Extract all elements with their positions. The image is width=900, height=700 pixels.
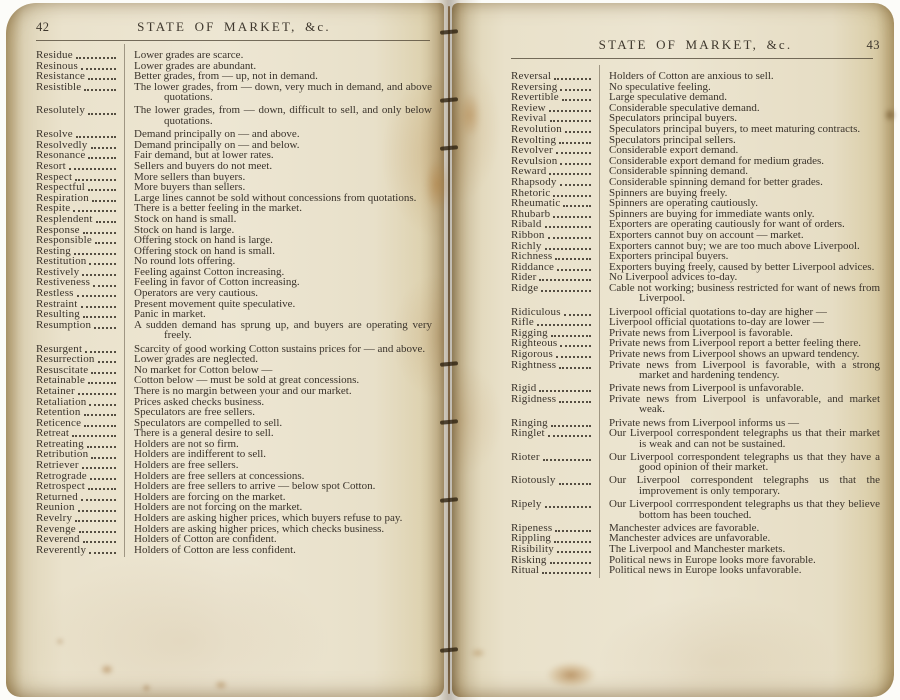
dot-leader: [88, 382, 116, 384]
code-entry-row: Ribbon Exporters cannot buy on account —…: [511, 230, 880, 241]
dot-leader: [88, 488, 116, 490]
header-rule-right: [511, 58, 873, 59]
dot-leader: [565, 131, 591, 133]
dot-leader: [550, 562, 591, 564]
code-definition: Private news from Liverpool shows an upw…: [609, 349, 880, 360]
code-word-cell: Ribbon: [511, 230, 595, 241]
dot-leader: [545, 506, 591, 508]
dot-leader: [556, 152, 591, 154]
dot-leader: [76, 136, 116, 138]
dot-leader: [69, 168, 116, 170]
dot-leader: [91, 372, 116, 374]
code-entry-row: Resolutely The lower grades, from — down…: [36, 105, 432, 126]
dot-leader: [560, 163, 591, 165]
code-definition: Sellers and buyers do not meet.: [134, 161, 432, 172]
code-word: Ridge: [511, 283, 538, 294]
code-definition: Cable not working; business restricted f…: [609, 283, 880, 304]
code-entry-row: Ripely Our Liverpool corrrespondent tele…: [511, 499, 880, 520]
dot-leader: [93, 285, 116, 287]
running-title-right: STATE OF MARKET, &c.: [557, 37, 834, 53]
code-definition: Our Liverpool corrrespondent telegraphs …: [609, 499, 880, 520]
dot-leader: [89, 552, 116, 554]
code-word: Retainer: [36, 386, 75, 397]
code-entry-row: Resumption A sudden demand has sprung up…: [36, 320, 432, 341]
code-definition: Our Liverpool correspondent telegraphs u…: [609, 428, 880, 449]
code-definition: Holders of Cotton are anxious to sell.: [609, 71, 880, 82]
code-word: Rhapsody: [511, 177, 557, 188]
dot-leader: [84, 414, 116, 416]
code-entry-row: Reverently Holders of Cotton are less co…: [36, 545, 432, 556]
code-word: Resistible: [36, 82, 81, 93]
dot-leader: [78, 510, 116, 512]
code-word: Residue: [36, 50, 73, 61]
code-definition: The lower grades, from — down, difficult…: [134, 105, 432, 126]
dot-leader: [554, 541, 591, 543]
code-word-cell: Revolution: [511, 124, 595, 135]
dot-leader: [98, 361, 116, 363]
dot-leader: [81, 68, 116, 70]
code-word: Ripely: [511, 499, 542, 510]
dot-leader: [553, 216, 591, 218]
dot-leader: [84, 425, 116, 427]
binding-thread: [448, 6, 450, 694]
code-word-cell: Resolutely: [36, 105, 120, 116]
code-word-cell: Residue: [36, 50, 120, 61]
dot-leader: [559, 367, 591, 369]
dot-leader: [87, 446, 116, 448]
dot-leader: [548, 237, 591, 239]
dot-leader: [542, 572, 591, 574]
code-definition: A sudden demand has sprung up, and buyer…: [134, 320, 432, 341]
header-rule-left: [36, 40, 430, 41]
code-word-cell: Rigidness: [511, 394, 595, 405]
code-word: Rigorous: [511, 349, 553, 360]
code-entry-row: Reversal Holders of Cotton are anxious t…: [511, 71, 880, 82]
code-definition: The lower grades, from — down, very much…: [134, 82, 432, 103]
code-definition: Considerable spinning demand for better …: [609, 177, 880, 188]
page-number-right: 43: [834, 38, 880, 53]
dot-leader: [560, 184, 591, 186]
dot-leader: [551, 425, 591, 427]
code-word-cell: Rigorous: [511, 349, 595, 360]
dot-leader: [75, 520, 116, 522]
dot-leader: [82, 467, 116, 469]
code-definition: Speculators principal buyers, to meet ma…: [609, 124, 880, 135]
dot-leader: [559, 483, 591, 485]
code-word: Resort: [36, 161, 66, 172]
dot-leader: [89, 404, 116, 406]
dot-leader: [557, 269, 591, 271]
dot-leader: [81, 499, 116, 501]
running-title-left: STATE OF MARKET, &c.: [82, 19, 386, 35]
dot-leader: [541, 290, 591, 292]
code-definition: Stock on hand is small.: [134, 214, 432, 225]
code-entry-row: Rhapsody Considerable spinning demand fo…: [511, 177, 880, 188]
dot-leader: [88, 189, 116, 191]
dot-leader: [555, 530, 591, 532]
code-entry-row: Resort Sellers and buyers do not meet.: [36, 161, 432, 172]
page-header-right: STATE OF MARKET, &c. 43: [511, 37, 880, 53]
dot-leader: [88, 113, 116, 115]
code-definition: Exporters cannot buy on account — market…: [609, 230, 880, 241]
code-word-cell: Riotously: [511, 475, 595, 486]
dot-leader: [562, 99, 591, 101]
code-word: Resumption: [36, 320, 91, 331]
code-entry-row: Riotously Our Liverpool correspondent te…: [511, 475, 880, 496]
dot-leader: [543, 459, 591, 461]
code-word: Rioter: [511, 452, 540, 463]
dot-leader: [76, 57, 116, 59]
dot-leader: [91, 457, 116, 459]
code-entry-row: Ringlet Our Liverpool correspondent tele…: [511, 428, 880, 449]
code-definition: Private news from Liverpool is favorable…: [609, 360, 880, 381]
code-definition: Political news in Europe looks unfavorab…: [609, 565, 880, 576]
code-word-cell: Resort: [36, 161, 120, 172]
dot-leader: [559, 401, 591, 403]
code-definition: Our Liverpool correspondent telegraphs u…: [609, 475, 880, 496]
code-definition: Our Liverpool correspondent telegraphs u…: [609, 452, 880, 473]
code-entry-row: Residue Lower grades are scarce.: [36, 50, 432, 61]
dot-leader: [557, 551, 591, 553]
code-entry-row: Ridge Cable not working; business restri…: [511, 283, 880, 304]
code-word-cell: Ridge: [511, 283, 595, 294]
code-word: Rightness: [511, 360, 556, 371]
code-entry-row: Retainer There is no margin between your…: [36, 386, 432, 397]
dot-leader: [77, 295, 116, 297]
page-right: STATE OF MARKET, &c. 43 Reversal Holders…: [452, 3, 894, 697]
page-left: 42 STATE OF MARKET, &c. Residue Lower gr…: [6, 3, 444, 697]
code-word-cell: Reverently: [36, 545, 120, 556]
dot-leader: [560, 89, 591, 91]
code-word: Reverently: [36, 545, 86, 556]
code-word-cell: Ringlet: [511, 428, 595, 439]
dot-leader: [548, 435, 591, 437]
dot-leader: [90, 478, 116, 480]
dot-leader: [91, 147, 117, 149]
code-entry-row: Resplendent Stock on hand is small.: [36, 214, 432, 225]
code-word-cell: Ripely: [511, 499, 595, 510]
code-word: Resolutely: [36, 105, 85, 116]
dot-leader: [564, 314, 591, 316]
dot-leader: [537, 324, 591, 326]
dot-leader: [549, 110, 591, 112]
code-word-cell: Resumption: [36, 320, 120, 331]
code-word-cell: Retainer: [36, 386, 120, 397]
entries-right: Reversal Holders of Cotton are anxious t…: [511, 71, 880, 576]
dot-leader: [89, 263, 116, 265]
dot-leader: [96, 221, 116, 223]
code-entry-row: Restraint Present movement quite specula…: [36, 299, 432, 310]
dot-leader: [539, 390, 591, 392]
dot-leader: [554, 78, 591, 80]
dot-leader: [545, 226, 591, 228]
page-header-left: 42 STATE OF MARKET, &c.: [36, 19, 432, 35]
dot-leader: [556, 356, 591, 358]
dot-leader: [94, 327, 116, 329]
code-word-cell: Ritual: [511, 565, 595, 576]
code-definition: Lower grades are scarce.: [134, 50, 432, 61]
code-word: Revolution: [511, 124, 562, 135]
dot-leader: [539, 279, 591, 281]
code-word: Ribbon: [511, 230, 545, 241]
code-word-cell: Reversal: [511, 71, 595, 82]
dot-leader: [560, 345, 591, 347]
code-entry-row: Resistible The lower grades, from — down…: [36, 82, 432, 103]
code-word: Rigidness: [511, 394, 556, 405]
dot-leader: [81, 306, 116, 308]
code-word-cell: Rhapsody: [511, 177, 595, 188]
code-word-cell: Rightness: [511, 360, 595, 371]
code-word: Ringlet: [511, 428, 545, 439]
code-word-cell: Resplendent: [36, 214, 120, 225]
code-definition: Private news from Liverpool is unfavorab…: [609, 394, 880, 415]
code-definition: Holders of Cotton are less confident.: [134, 545, 432, 556]
code-entry-row: Rioter Our Liverpool correspondent teleg…: [511, 452, 880, 473]
dot-leader: [559, 142, 591, 144]
page-number-left: 42: [36, 20, 82, 35]
dot-leader: [78, 393, 116, 395]
dot-leader: [79, 531, 116, 533]
code-definition: There is no margin between your and our …: [134, 386, 432, 397]
dot-leader: [92, 200, 116, 202]
code-entry-row: Revolution Speculators principal buyers,…: [511, 124, 880, 135]
dot-leader: [88, 157, 116, 159]
dot-leader: [83, 541, 116, 543]
code-entry-row: Rigidness Private news from Liverpool is…: [511, 394, 880, 415]
dot-leader: [563, 205, 591, 207]
code-word: Ritual: [511, 565, 539, 576]
dot-leader: [88, 78, 116, 80]
dot-leader: [555, 258, 591, 260]
dot-leader: [84, 89, 116, 91]
entries-left: Residue Lower grades are scarce. Resinou…: [36, 50, 432, 555]
code-word-cell: Resistible: [36, 82, 120, 93]
code-word: Riotously: [511, 475, 556, 486]
code-entry-row: Rigorous Private news from Liverpool sho…: [511, 349, 880, 360]
code-word-cell: Rioter: [511, 452, 595, 463]
code-word: Resplendent: [36, 214, 93, 225]
code-entry-row: Ritual Political news in Europe looks un…: [511, 565, 880, 576]
dot-leader: [95, 242, 116, 244]
code-word: Reversal: [511, 71, 551, 82]
code-entry-row: Rightness Private news from Liverpool is…: [511, 360, 880, 381]
